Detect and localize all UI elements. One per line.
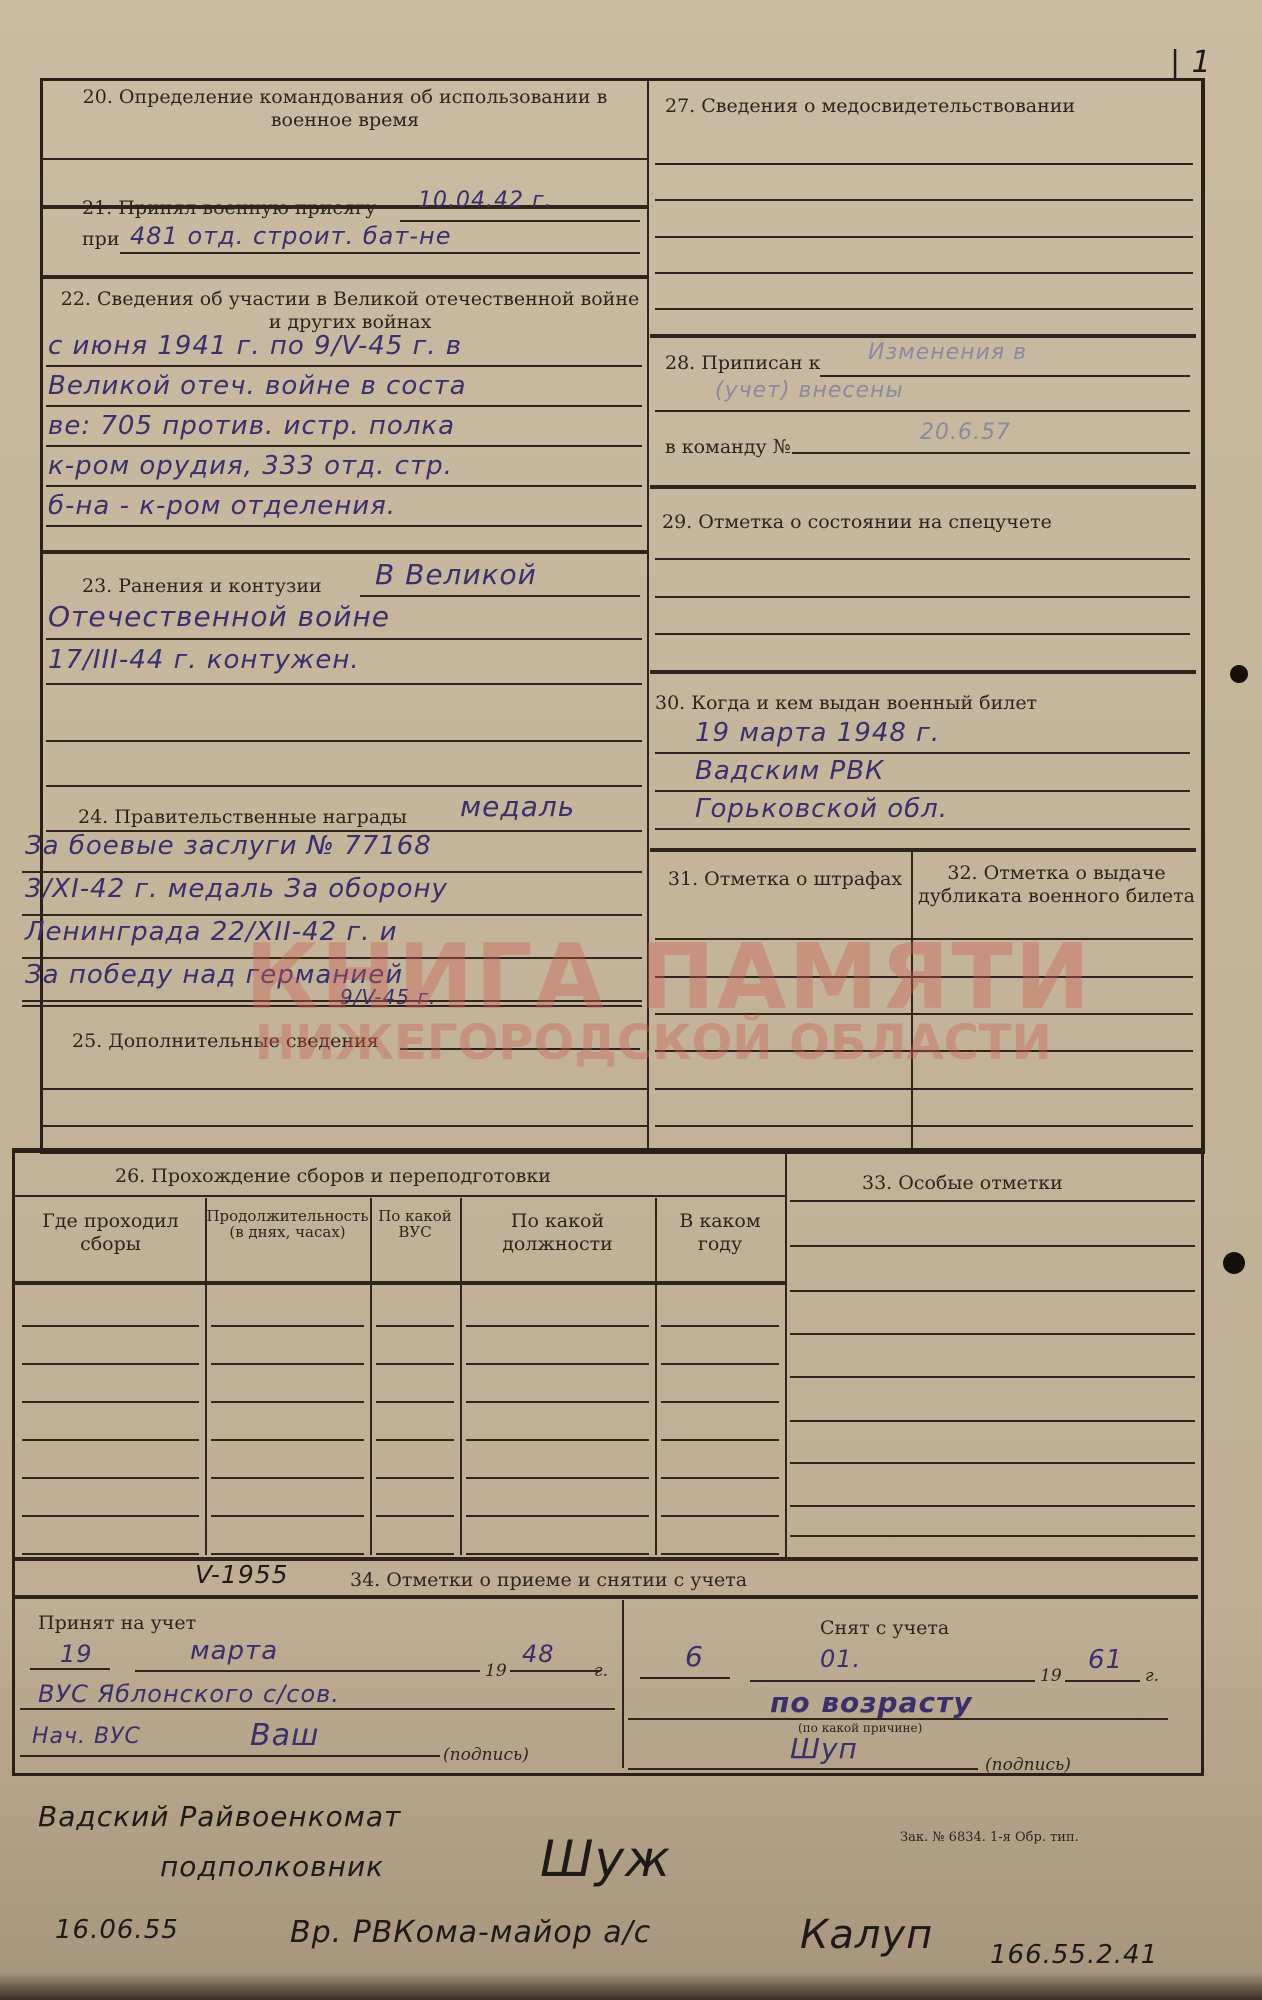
ruled-line — [661, 1401, 779, 1403]
ruled-line — [790, 1505, 1195, 1507]
section-23-entry: 17/III-44 г. контужен. — [48, 645, 360, 675]
assignment-note-2: (учет) внесены — [715, 378, 904, 403]
ruled-line — [661, 1439, 779, 1441]
accepted-month: марта — [190, 1636, 278, 1666]
removed-day: 6 — [685, 1640, 704, 1673]
accepted-signature: Ваш — [250, 1718, 319, 1753]
column-divider-34 — [622, 1600, 624, 1768]
removed-label: Снят с учета — [820, 1617, 949, 1640]
ruled-line — [22, 1477, 199, 1479]
ruled-line — [376, 1515, 454, 1517]
section-31-label: 31. Отметка о штрафах — [665, 868, 905, 891]
section-22-entry: к-ром орудия, 333 отд. стр. — [48, 451, 453, 481]
ruled-line — [22, 1363, 199, 1365]
section-30-entry: 19 марта 1948 г. — [695, 718, 940, 748]
ruled-line — [376, 1325, 454, 1327]
ruled-line — [22, 1439, 199, 1441]
accepted-year-prefix: 19 — [485, 1660, 507, 1683]
ruled-line — [211, 1363, 364, 1365]
removed-year-prefix: 19 — [1040, 1665, 1062, 1688]
section-22-entry: с июня 1941 г. по 9/V-45 г. в — [48, 331, 462, 361]
ruled-line — [211, 1325, 364, 1327]
ruled-line — [360, 595, 640, 597]
section-30-entry: Горьковской обл. — [695, 794, 948, 824]
table-column-header: Где проходил сборы — [16, 1210, 205, 1256]
oath-at-label: при — [82, 228, 120, 251]
ruled-line — [655, 752, 1190, 754]
ruled-line — [22, 1515, 199, 1517]
accepted-year: 48 — [522, 1640, 555, 1668]
section-23-entry: В Великой — [375, 558, 537, 591]
ruled-line — [790, 1245, 1195, 1247]
removed-reason: по возрасту — [770, 1686, 973, 1719]
oath-unit: 481 отд. строит. бат-не — [130, 222, 452, 250]
ruled-line — [790, 1420, 1195, 1422]
removed-signature: Шуп — [790, 1732, 858, 1765]
removed-signature-label: (подпись) — [985, 1754, 1071, 1777]
table-column-header: Продолжительность (в днях, часах) — [205, 1208, 370, 1240]
section-22-entry: б-на - к-ром отделения. — [48, 491, 396, 521]
ruled-line — [790, 1376, 1195, 1378]
ruled-line — [46, 740, 642, 742]
punch-hole — [1230, 665, 1248, 683]
ruled-line — [376, 1477, 454, 1479]
column-divider-33 — [785, 1152, 787, 1557]
ruled-line — [46, 365, 642, 367]
oath-date: 10.04.42 г. — [418, 188, 553, 213]
section-22-entry: ве: 705 против. истр. полка — [48, 411, 455, 441]
ruled-line — [46, 785, 642, 787]
removed-year: 61 — [1088, 1645, 1123, 1675]
section-30-label: 30. Когда и кем выдан военный билет — [655, 692, 1037, 715]
footer-line-3: Вр. РВКома-майор а/с — [290, 1915, 651, 1950]
ruled-line — [22, 1401, 199, 1403]
ruled-line — [790, 1333, 1195, 1335]
ruled-line — [655, 790, 1190, 792]
ruled-line — [14, 1281, 785, 1285]
ruled-line — [466, 1515, 649, 1517]
ruled-line — [211, 1515, 364, 1517]
table-column-header: В каком году — [655, 1210, 785, 1256]
accepted-signer: Нач. ВУС — [32, 1724, 141, 1749]
ruled-line — [376, 1553, 454, 1555]
section-20-label: 20. Определение командования об использо… — [50, 86, 640, 132]
corner-mark: | 1 — [1170, 45, 1212, 80]
ruled-line — [466, 1439, 649, 1441]
ruled-line — [211, 1477, 364, 1479]
accepted-day: 19 — [60, 1640, 93, 1668]
ruled-line — [376, 1401, 454, 1403]
ruled-line — [46, 405, 642, 407]
ruled-line — [466, 1553, 649, 1555]
section-28-label: 28. Приписан к — [665, 352, 821, 375]
ruled-line — [46, 638, 642, 640]
ruled-line — [661, 1553, 779, 1555]
ruled-line — [466, 1477, 649, 1479]
section-26-label: 26. Прохождение сборов и переподготовки — [115, 1165, 551, 1188]
section-29-label: 29. Отметка о состоянии на спецучете — [662, 511, 1052, 534]
assignment-note-date: 20.6.57 — [920, 420, 1011, 445]
ruled-line — [790, 1462, 1195, 1464]
command-number-label: в команду № — [665, 436, 791, 459]
ruled-line — [46, 525, 642, 527]
section-23-label: 23. Ранения и контузии — [82, 575, 322, 598]
section-30-entry: Вадским РВК — [695, 756, 885, 786]
table-column-header: По какой должности — [460, 1210, 655, 1256]
ruled-line — [790, 1535, 1195, 1537]
section-33-label: 33. Особые отметки — [862, 1172, 1063, 1195]
accepted-signature-label: (подпись) — [443, 1744, 529, 1767]
ruled-line — [466, 1401, 649, 1403]
footer-code: 166.55.2.41 — [990, 1940, 1158, 1970]
accepted-office: ВУС Яблонского с/сов. — [38, 1680, 340, 1708]
ruled-line — [466, 1363, 649, 1365]
section-24-entry: медаль — [460, 790, 575, 823]
assignment-note-1: Изменения в — [868, 340, 1027, 365]
ruled-line — [376, 1439, 454, 1441]
footer-line-1: Вадский Райвоенкомат — [38, 1800, 401, 1833]
section-22-entry: Великой отеч. войне в соста — [48, 371, 467, 401]
ruled-line — [376, 1363, 454, 1365]
ruled-line — [22, 1553, 199, 1555]
removed-year-suffix: г. — [1145, 1665, 1159, 1688]
printer-mark: Зак. № 6834. 1-я Обр. тип. — [900, 1830, 1079, 1845]
ruled-line — [22, 1325, 199, 1327]
section-22-label: 22. Сведения об участии в Великой отечес… — [60, 288, 640, 334]
ruled-line — [790, 1200, 1195, 1202]
ruled-line — [46, 445, 642, 447]
ruled-line — [211, 1553, 364, 1555]
section-24-label: 24. Правительственные награды — [78, 806, 407, 829]
section-24-entry: 3/XI-42 г. медаль За оборону — [25, 874, 448, 904]
watermark-line-2: НИЖЕГОРОДСКОЙ ОБЛАСТИ — [255, 1015, 1052, 1071]
section-34-label: 34. Отметки о приеме и снятии с учета — [350, 1569, 747, 1592]
section-27-label: 27. Сведения о медосвидетельствовании — [665, 95, 1075, 118]
ruled-line — [466, 1325, 649, 1327]
margin-note: V-1955 — [195, 1560, 289, 1589]
section-24-entry: За боевые заслуги № 77168 — [25, 831, 432, 861]
ruled-line — [661, 1477, 779, 1479]
table-column-divider — [205, 1198, 207, 1555]
ruled-line — [211, 1401, 364, 1403]
ruled-line — [46, 485, 642, 487]
accepted-label: Принят на учет — [38, 1612, 196, 1635]
ruled-line — [661, 1515, 779, 1517]
punch-hole — [1223, 1252, 1245, 1274]
table-column-divider — [370, 1198, 372, 1555]
ruled-line — [790, 1290, 1195, 1292]
section-21-label: 21. Принял военную присягу — [82, 197, 376, 220]
ruled-line — [661, 1363, 779, 1365]
footer-line-2: подполковник — [160, 1850, 384, 1883]
ruled-line — [22, 871, 642, 873]
footer-date: 16.06.55 — [55, 1915, 179, 1945]
ruled-line — [211, 1439, 364, 1441]
ruled-line — [455, 830, 642, 832]
table-column-header: По какой ВУС — [370, 1208, 460, 1240]
page-edge-shadow — [0, 1972, 1262, 2000]
ruled-line — [655, 828, 1190, 830]
section-23-entry: Отечественной войне — [48, 600, 390, 633]
section-32-label: 32. Отметка о выдаче дубликата военного … — [915, 862, 1198, 908]
footer-signature-1: Шуж — [540, 1830, 671, 1888]
ruled-line — [46, 683, 642, 685]
accepted-year-suffix: г. — [594, 1660, 608, 1683]
footer-signature-2: Калуп — [800, 1912, 933, 1958]
ruled-line — [22, 914, 642, 916]
removed-month: 01. — [820, 1645, 861, 1673]
ruled-line — [661, 1325, 779, 1327]
